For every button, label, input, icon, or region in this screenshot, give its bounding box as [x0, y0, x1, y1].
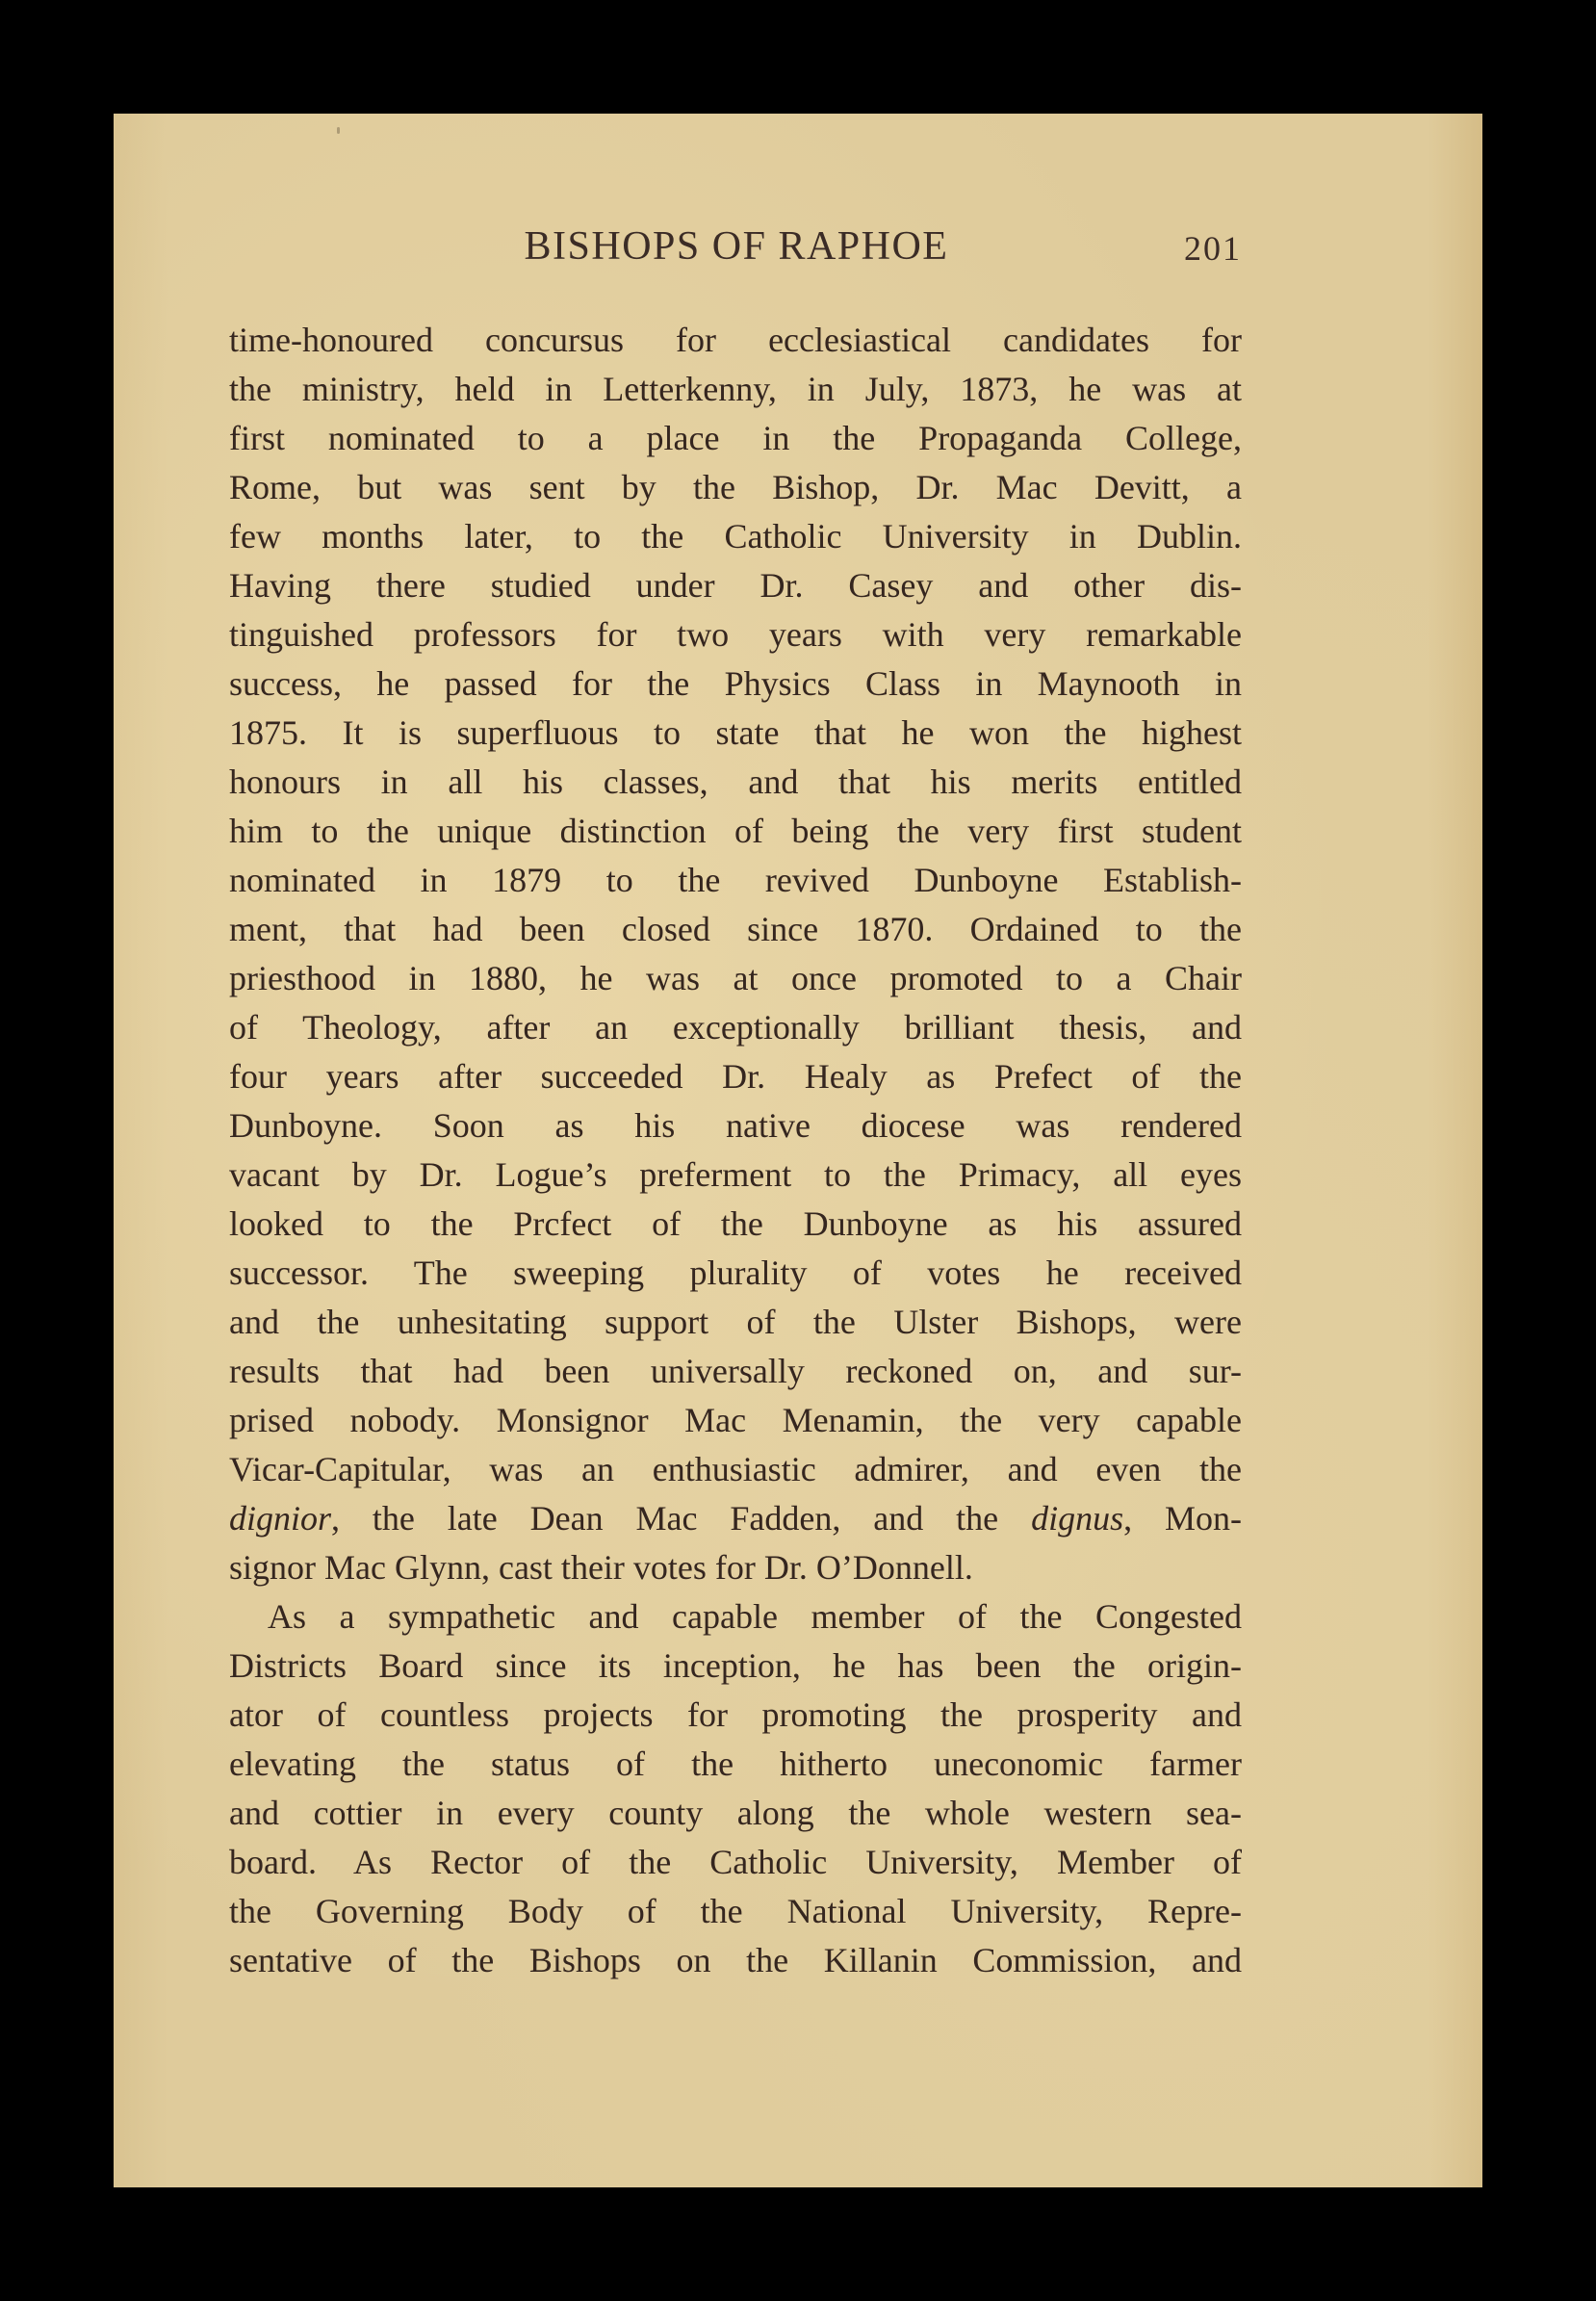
- text-line: Having there studied under Dr. Casey and…: [229, 561, 1242, 610]
- text-line: vacant by Dr. Logue’s preferment to the …: [229, 1150, 1242, 1200]
- book-page: BISHOPS OF RAPHOE 201 time-honoured conc…: [114, 114, 1482, 2187]
- text-line: ment, that had been closed since 1870. O…: [229, 905, 1242, 954]
- page-number: 201: [1182, 229, 1242, 268]
- text-line: honours in all his classes, and that his…: [229, 758, 1242, 807]
- text-line-with-italics: dignior, the late Dean Mac Fadden, and t…: [229, 1494, 1242, 1543]
- text-line: ator of countless projects for promoting…: [229, 1691, 1242, 1740]
- text-line: tinguished professors for two years with…: [229, 610, 1242, 659]
- text-line: 1875. It is superfluous to state that he…: [229, 709, 1242, 758]
- text-line: few months later, to the Catholic Univer…: [229, 512, 1242, 561]
- text-line: success, he passed for the Physics Class…: [229, 659, 1242, 709]
- text-line: priesthood in 1880, he was at once promo…: [229, 954, 1242, 1003]
- paragraph-end-line: signor Mac Glynn, cast their votes for D…: [229, 1543, 1242, 1592]
- italic-term: dignus: [1031, 1499, 1123, 1538]
- paper-speck: [337, 127, 340, 134]
- text-line: the ministry, held in Letterkenny, in Ju…: [229, 365, 1242, 414]
- text-line: and the unhesitating support of the Ulst…: [229, 1298, 1242, 1347]
- text-segment: , the late Dean Mac Fadden, and the: [331, 1499, 1031, 1538]
- text-line: time-honoured concursus for ecclesiastic…: [229, 316, 1242, 365]
- paragraph-start-line: As a sympathetic and capable member of t…: [229, 1592, 1242, 1642]
- text-line: Dunboyne. Soon as his native diocese was…: [229, 1101, 1242, 1150]
- text-line: first nominated to a place in the Propag…: [229, 414, 1242, 463]
- text-line: of Theology, after an exceptionally bril…: [229, 1003, 1242, 1052]
- text-line: results that had been universally reckon…: [229, 1347, 1242, 1396]
- text-line: sentative of the Bishops on the Killanin…: [229, 1936, 1242, 1985]
- text-line: looked to the Prcfect of the Dunboyne as…: [229, 1200, 1242, 1249]
- running-title: BISHOPS OF RAPHOE: [507, 227, 965, 266]
- text-line: successor. The sweeping plurality of vot…: [229, 1249, 1242, 1298]
- italic-term: dignior: [229, 1499, 331, 1538]
- text-segment: , Mon-: [1123, 1499, 1242, 1538]
- text-line: nominated in 1879 to the revived Dunboyn…: [229, 856, 1242, 905]
- text-line: Districts Board since its inception, he …: [229, 1642, 1242, 1691]
- text-line: Vicar-Capitular, was an enthusiastic adm…: [229, 1445, 1242, 1494]
- running-head: BISHOPS OF RAPHOE 201: [114, 227, 1482, 266]
- text-line: prised nobody. Monsignor Mac Menamin, th…: [229, 1396, 1242, 1445]
- text-line: him to the unique distinction of being t…: [229, 807, 1242, 856]
- text-line: board. As Rector of the Catholic Univers…: [229, 1838, 1242, 1887]
- text-line: the Governing Body of the National Unive…: [229, 1887, 1242, 1936]
- text-line: Rome, but was sent by the Bishop, Dr. Ma…: [229, 463, 1242, 512]
- body-text: time-honoured concursus for ecclesiastic…: [229, 316, 1242, 1985]
- text-line: and cottier in every county along the wh…: [229, 1789, 1242, 1838]
- text-line: elevating the status of the hitherto une…: [229, 1740, 1242, 1789]
- text-line: four years after succeeded Dr. Healy as …: [229, 1052, 1242, 1101]
